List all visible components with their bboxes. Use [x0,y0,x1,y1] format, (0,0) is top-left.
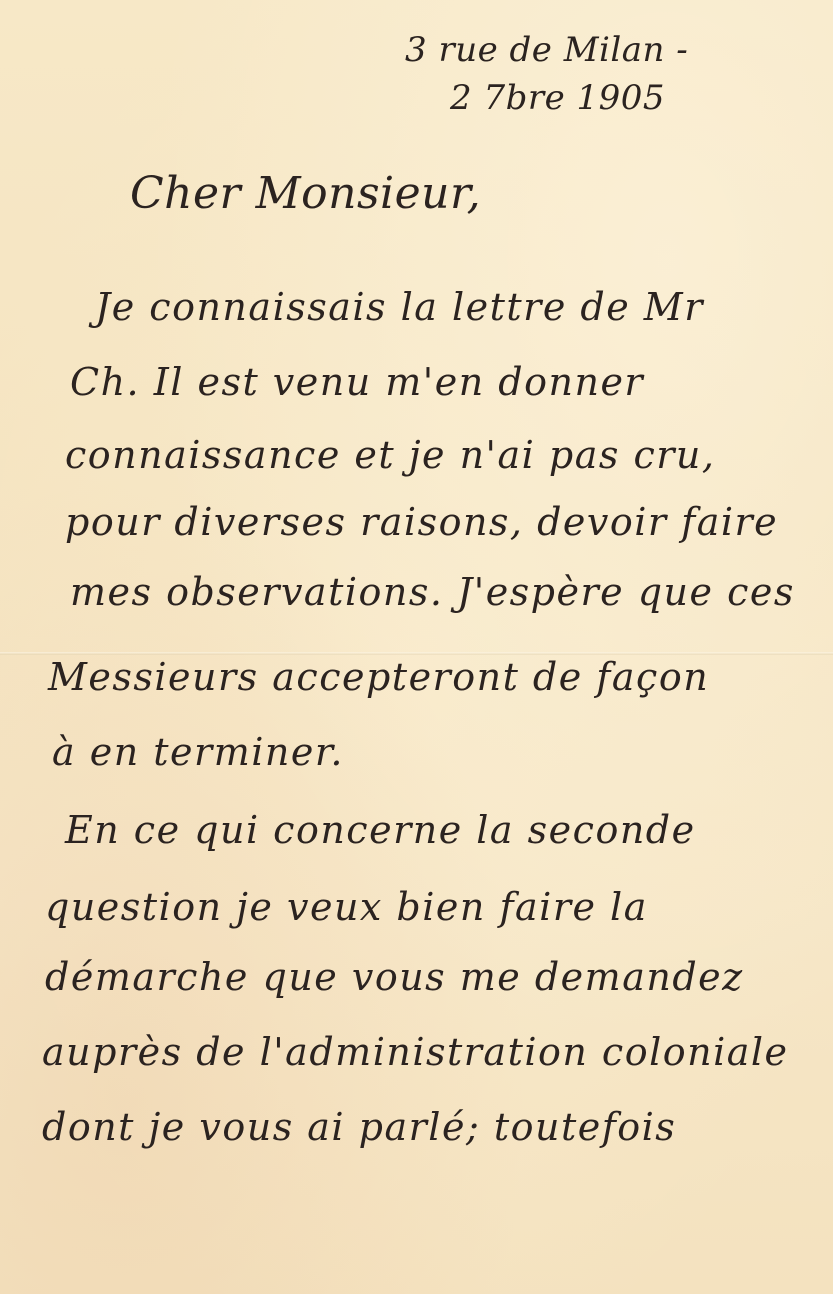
letter-line: Ch. Il est venu m'en donner [70,360,644,404]
letter-salutation: Cher Monsieur, [130,168,481,219]
letter-line: connaissance et je n'ai pas cru, [65,433,715,477]
letter-line: auprès de l'administration coloniale [42,1030,789,1074]
letter-line: Messieurs accepteront de façon [48,655,709,699]
letter-line: mes observations. J'espère que ces [70,570,795,614]
letter-date: 2 7bre 1905 [450,78,665,118]
letter-line: question je veux bien faire la [45,885,648,929]
letter-line: démarche que vous me demandez [45,955,744,999]
letter-line: à en terminer. [52,730,344,774]
letter-line: Je connaissais la lettre de Mr [95,285,704,329]
letter-line: pour diverses raisons, devoir faire [65,500,778,544]
letter-line: En ce qui concerne la seconde [65,808,696,852]
letter-line: dont je vous ai parlé; toutefois [42,1105,676,1149]
letter-address: 3 rue de Milan - [405,30,688,70]
letter-page: 3 rue de Milan - 2 7bre 1905 Cher Monsie… [0,0,833,1294]
